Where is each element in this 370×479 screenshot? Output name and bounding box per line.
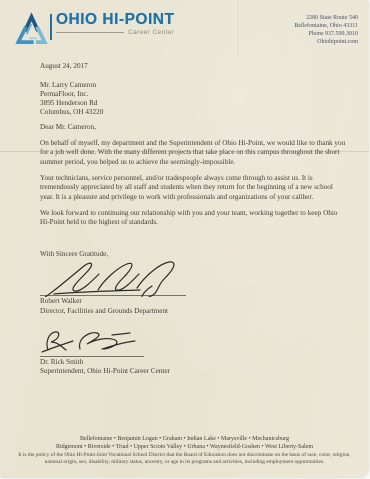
salutation: Dear Mr. Cameron,	[40, 123, 348, 132]
paragraph-1: On behalf of myself, my department and t…	[40, 139, 348, 167]
signature-block-smith: Dr. Rick Smith Superintendent, Ohio Hi-P…	[40, 329, 348, 376]
signer-name: Dr. Rick Smith	[40, 358, 348, 367]
address-city: Bellefontaine, Ohio 43311	[294, 22, 358, 30]
walker-handwritten-signature	[40, 261, 348, 300]
logo-subtitle: Career Center	[128, 29, 174, 36]
letter-footer: Bellefontaine • Benjamin Logan • Graham …	[0, 435, 369, 466]
footer-policy-statement: It is the policy of the Ohio Hi-Point Jo…	[17, 452, 353, 466]
recipient-street: 3895 Henderson Rd	[40, 99, 348, 108]
address-phone: Phone 937.599.3010	[294, 30, 358, 38]
footer-districts-line1: Bellefontaine • Benjamin Logan • Graham …	[0, 435, 369, 443]
paragraph-3: We look forward to continuing our relati…	[40, 209, 348, 228]
letterhead-logo: OHIO HI-POINT Career Center	[15, 12, 174, 53]
paragraph-2: Your technicians, service personnel, and…	[40, 174, 348, 202]
recipient-company: PermaFloor, Inc.	[40, 90, 348, 99]
address-website: Ohiohipoint.com	[294, 38, 358, 46]
signer-title: Superintendent, Ohio Hi-Point Career Cen…	[40, 367, 348, 376]
letter-date: August 24, 2017	[40, 62, 348, 71]
letter-body: August 24, 2017 Mr. Larry Cameron PermaF…	[40, 62, 348, 376]
recipient-block: Mr. Larry Cameron PermaFloor, Inc. 3895 …	[40, 81, 348, 116]
recipient-name: Mr. Larry Cameron	[40, 81, 348, 90]
closing: With Sincere Gratitude,	[40, 250, 348, 259]
letter-paper: OHIO HI-POINT Career Center 2280 State R…	[0, 0, 369, 478]
logo-divider	[50, 14, 52, 40]
logo-rule	[56, 32, 124, 33]
letterhead-address: 2280 State Route 540 Bellefontaine, Ohio…	[294, 14, 358, 46]
logo-wordmark: OHIO HI-POINT	[56, 12, 174, 28]
recipient-city: Columbus, OH 43220	[40, 108, 348, 117]
smith-handwritten-signature	[40, 329, 348, 358]
vertical-fold-crease	[236, 0, 238, 58]
footer-districts-line2: Ridgemont • Riverside • Triad • Upper Sc…	[0, 443, 369, 451]
signature-block-walker: Robert Walker Director, Facilities and G…	[40, 261, 348, 316]
address-street: 2280 State Route 540	[294, 14, 358, 22]
ohio-hi-point-logo-icon	[15, 12, 48, 53]
signer-title: Director, Facilities and Grounds Departm…	[40, 307, 348, 316]
